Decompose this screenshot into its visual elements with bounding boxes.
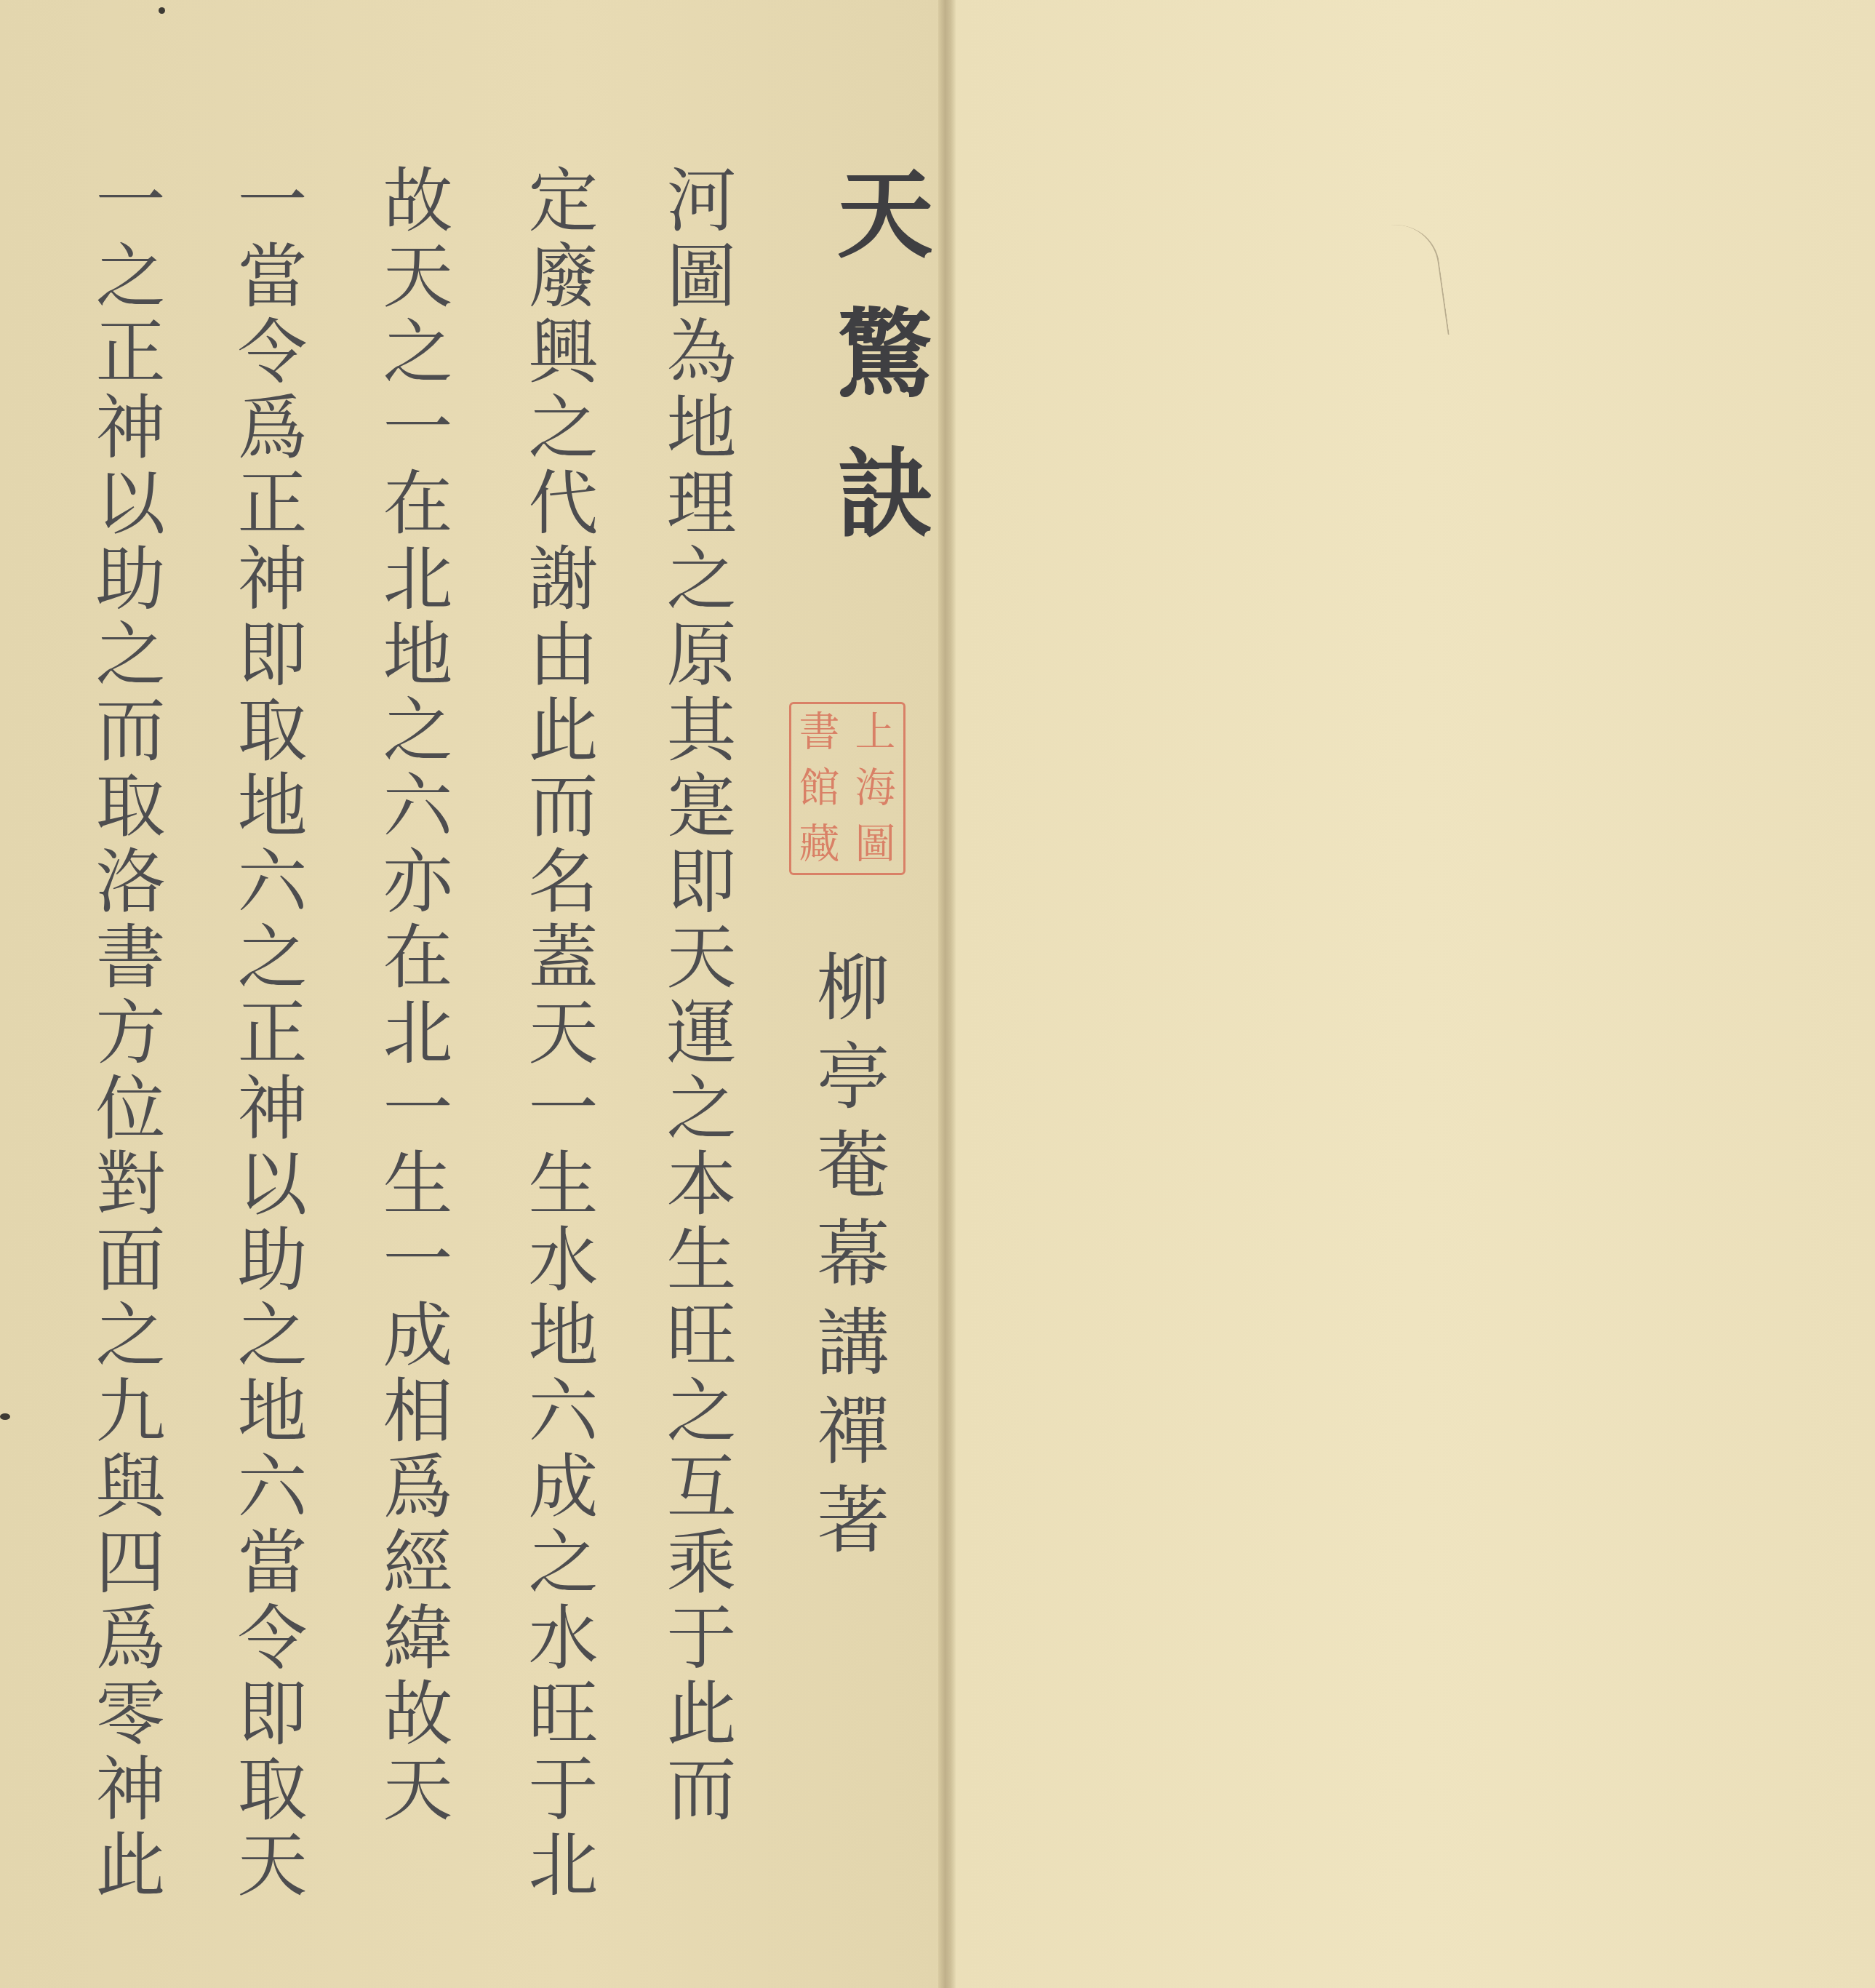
seal-char: 館 [791, 760, 847, 816]
title-text: 天驚訣 [804, 164, 949, 583]
body-column-4: 一當令爲正神即取地六之正神以助之地六當令即取天 [229, 164, 304, 1904]
seal-char: 圖 [847, 817, 903, 873]
library-seal-stamp: 書 館 藏 上 海 圖 [789, 702, 905, 875]
seal-char: 上 [847, 704, 903, 760]
ink-speck [159, 7, 165, 14]
ink-speck [0, 1413, 10, 1420]
author-text: 柳亭菴幕講禪著 [807, 949, 886, 1570]
column-text: 一之正神以助之而取洛書方位對面之九與四爲零神此 [87, 164, 162, 1904]
title-column: 天驚訣 [804, 164, 949, 583]
seal-char: 書 [791, 704, 847, 760]
column-text: 故天之一在北地之六亦在北一生一成相爲經緯故天 [375, 164, 449, 1828]
body-column-5: 一之正神以助之而取洛書方位對面之九與四爲零神此 [87, 164, 162, 1904]
column-text: 定廢興之代謝由此而名蓋天一生水地六成之水旺于北 [520, 164, 595, 1904]
body-column-1: 河圖為地理之原其寔即天運之本生旺之互乘于此而 [658, 164, 733, 1828]
column-text: 河圖為地理之原其寔即天運之本生旺之互乘于此而 [658, 164, 733, 1828]
body-column-2: 定廢興之代謝由此而名蓋天一生水地六成之水旺于北 [520, 164, 595, 1904]
seal-char: 藏 [791, 817, 847, 873]
seal-char: 海 [847, 760, 903, 816]
column-text: 一當令爲正神即取地六之正神以助之地六當令即取天 [229, 164, 304, 1904]
body-column-3: 故天之一在北地之六亦在北一生一成相爲經緯故天 [375, 164, 449, 1828]
author-column: 柳亭菴幕講禪著 [807, 949, 886, 1570]
